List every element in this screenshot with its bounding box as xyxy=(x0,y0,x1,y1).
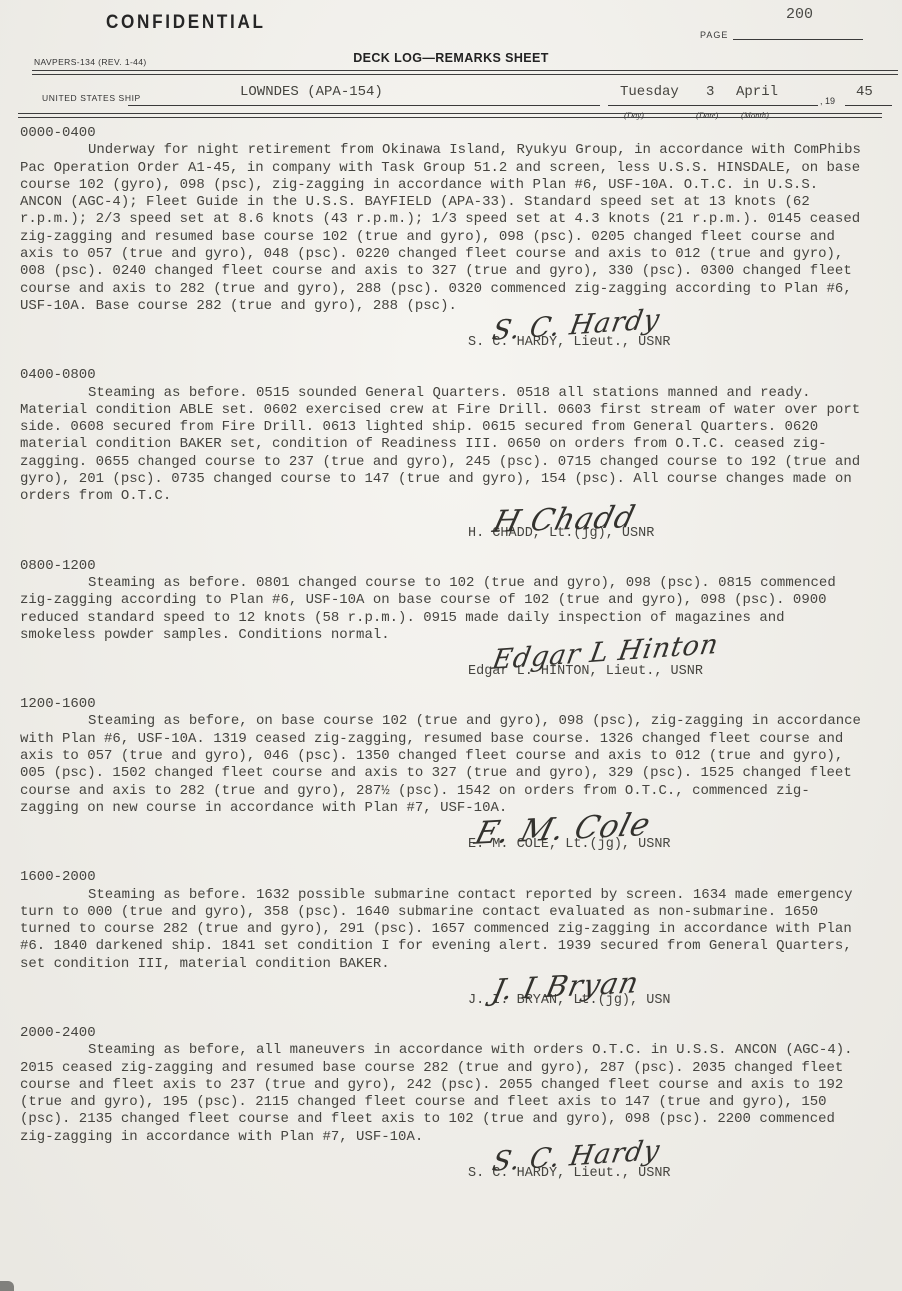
entry-time-range: 2000-2400 xyxy=(20,1025,866,1042)
deck-log-page: CONFIDENTIAL PAGE 200 NAVPERS-134 (REV. … xyxy=(0,0,902,1291)
classification-stamp: CONFIDENTIAL xyxy=(106,12,266,34)
date-underline xyxy=(608,105,818,106)
year-prefix: , 19 xyxy=(820,96,835,106)
ship-name: LOWNDES (APA-154) xyxy=(240,84,383,100)
signature-block: H Chadd H. CHADD, Lt.(jg), USNR xyxy=(468,509,866,541)
signature-block: S. C. Hardy S. C. HARDY, Lieut., USNR xyxy=(468,318,866,350)
remarks-body: 0000-0400 Underway for night retirement … xyxy=(0,121,902,1185)
signature-block: S. C. Hardy S. C. HARDY, Lieut., USNR xyxy=(468,1149,866,1181)
year-underline xyxy=(845,105,892,106)
entry-time-range: 0000-0400 xyxy=(20,125,866,142)
log-entry-2000-2400: 2000-2400 Steaming as before, all maneuv… xyxy=(20,1025,866,1181)
signature-block: Edgar L Hinton Edgar L. HINTON, Lieut., … xyxy=(468,647,866,679)
log-entry-0000-0400: 0000-0400 Underway for night retirement … xyxy=(20,125,866,350)
page-number: 200 xyxy=(786,6,813,23)
date-day-value: Tuesday xyxy=(620,84,679,100)
entry-time-range: 1600-2000 xyxy=(20,869,866,886)
entry-time-range: 1200-1600 xyxy=(20,696,866,713)
date-date-value: 3 xyxy=(706,84,714,100)
entry-text: Steaming as before. 0515 sounded General… xyxy=(20,385,866,506)
header-double-rule-bottom xyxy=(18,113,882,118)
page-label: PAGE xyxy=(700,30,728,40)
form-header: CONFIDENTIAL PAGE 200 NAVPERS-134 (REV. … xyxy=(0,0,902,121)
ship-label: UNITED STATES SHIP xyxy=(42,93,141,103)
scan-artifact xyxy=(0,1281,14,1291)
form-number: NAVPERS-134 (REV. 1-44) xyxy=(34,57,147,67)
entry-text: Steaming as before, on base course 102 (… xyxy=(20,713,866,817)
log-entry-1600-2000: 1600-2000 Steaming as before. 1632 possi… xyxy=(20,869,866,1008)
signature-block: E. M. Cole E. M. COLE, Lt.(jg), USNR xyxy=(468,820,866,852)
log-entry-1200-1600: 1200-1600 Steaming as before, on base co… xyxy=(20,696,866,852)
ship-name-underline xyxy=(128,105,600,106)
date-month-value: April xyxy=(736,84,778,100)
page-number-underline xyxy=(733,39,863,40)
entry-time-range: 0400-0800 xyxy=(20,367,866,384)
log-entry-0400-0800: 0400-0800 Steaming as before. 0515 sound… xyxy=(20,367,866,540)
entry-text: Steaming as before. 1632 possible submar… xyxy=(20,887,866,973)
year-value: 45 xyxy=(856,84,873,100)
header-double-rule-top xyxy=(32,70,898,75)
entry-text: Underway for night retirement from Okina… xyxy=(20,142,866,315)
entry-time-range: 0800-1200 xyxy=(20,558,866,575)
signature-block: J. I Bryan J. I. BRYAN, Lt.(jg), USN xyxy=(468,976,866,1008)
log-entry-0800-1200: 0800-1200 Steaming as before. 0801 chang… xyxy=(20,558,866,679)
form-title: DECK LOG—REMARKS SHEET xyxy=(353,51,549,65)
